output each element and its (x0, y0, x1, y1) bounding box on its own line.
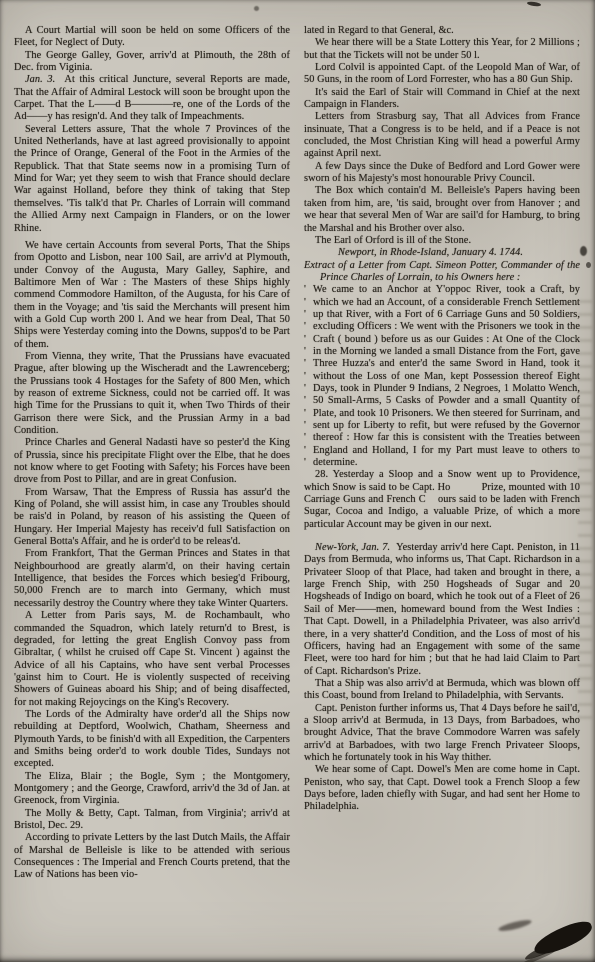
news-text: At this critical Juncture, several Repor… (14, 74, 290, 122)
news-paragraph: We hear some of Capt. Dowel's Men are co… (304, 764, 580, 813)
letter-text: We came to an Anchor at Y'oppoc River, t… (313, 284, 580, 468)
news-paragraph: The Eliza, Blair ; the Bogle, Sym ; the … (14, 771, 290, 808)
news-paragraph: According to private Letters by the last… (14, 832, 290, 881)
news-paragraph: The Lords of the Admiralty have order'd … (14, 709, 290, 771)
news-paragraph: Capt. Peniston further informs us, That … (304, 703, 580, 765)
ink-bleedthrough (578, 300, 592, 720)
news-paragraph: The Molly & Betty, Capt. Talman, from Vi… (14, 808, 290, 833)
right-column: lated in Regard to that General, &c. We … (304, 25, 580, 962)
news-paragraph: It's said the Earl of Stair will Command… (304, 87, 580, 112)
news-paragraph: The George Galley, Gover, arriv'd at Pli… (14, 50, 290, 75)
news-paragraph: Prince Charles and General Nadasti have … (14, 437, 290, 486)
newspaper-page: A Court Martial will soon be held on som… (0, 0, 595, 962)
newport-dateline: Newport, in Rhode-Island, January 4. 174… (338, 247, 580, 259)
quote-gutter: ' ' ' ' ' ' ' ' ' ' ' ' ' ' ' (304, 284, 306, 469)
news-paragraph: The Box which contain'd M. Belleisle's P… (304, 185, 580, 234)
news-paragraph: Several Letters assure, That the whole 7… (14, 124, 290, 235)
news-paragraph: The Earl of Orford is ill of the Stone. (304, 235, 580, 247)
news-paragraph: Lord Colvil is appointed Capt. of the Le… (304, 62, 580, 87)
news-paragraph: A few Days since the Duke of Bedford and… (304, 161, 580, 186)
news-paragraph: A Letter from Paris says, M. de Rochamba… (14, 610, 290, 709)
news-paragraph: From Warsaw, That the Empress of Russia … (14, 487, 290, 549)
ink-speck (527, 1, 541, 7)
ink-speck (254, 6, 259, 11)
news-paragraph: From Vienna, they write, That the Prussi… (14, 351, 290, 437)
news-paragraph: Letters from Strasburg say, That all Adv… (304, 111, 580, 160)
news-paragraph: We hear there will be a State Lottery th… (304, 37, 580, 62)
news-paragraph: We have certain Accounts from several Po… (14, 240, 290, 351)
news-paragraph: lated in Regard to that General, &c. (304, 25, 580, 37)
dateline-lead: Jan. 3. (25, 74, 55, 85)
letter-subhead: Extract of a Letter from Capt. Simeon Po… (304, 260, 580, 285)
news-paragraph: From Frankfort, That the German Princes … (14, 548, 290, 610)
left-column: A Court Martial will soon be held on som… (14, 25, 290, 962)
news-paragraph: New-York, Jan. 7. Yesterday arriv'd here… (304, 542, 580, 678)
dateline-lead: New-York, Jan. 7. (315, 542, 390, 553)
news-text: Yesterday arriv'd here Capt. Peniston, i… (304, 542, 580, 676)
ink-speck (586, 262, 591, 268)
column-container: A Court Martial will soon be held on som… (14, 25, 580, 962)
letter-paragraph: ' ' ' ' ' ' ' ' ' ' ' ' ' ' 'We came to … (304, 284, 580, 469)
ink-speck (580, 246, 587, 256)
letter-paragraph: 28. Yesterday a Sloop and a Snow went up… (304, 469, 580, 531)
news-paragraph: Jan. 3. At this critical Juncture, sever… (14, 74, 290, 123)
news-paragraph: A Court Martial will soon be held on som… (14, 25, 290, 50)
news-paragraph: That a Ship was also arriv'd at Bermuda,… (304, 678, 580, 703)
